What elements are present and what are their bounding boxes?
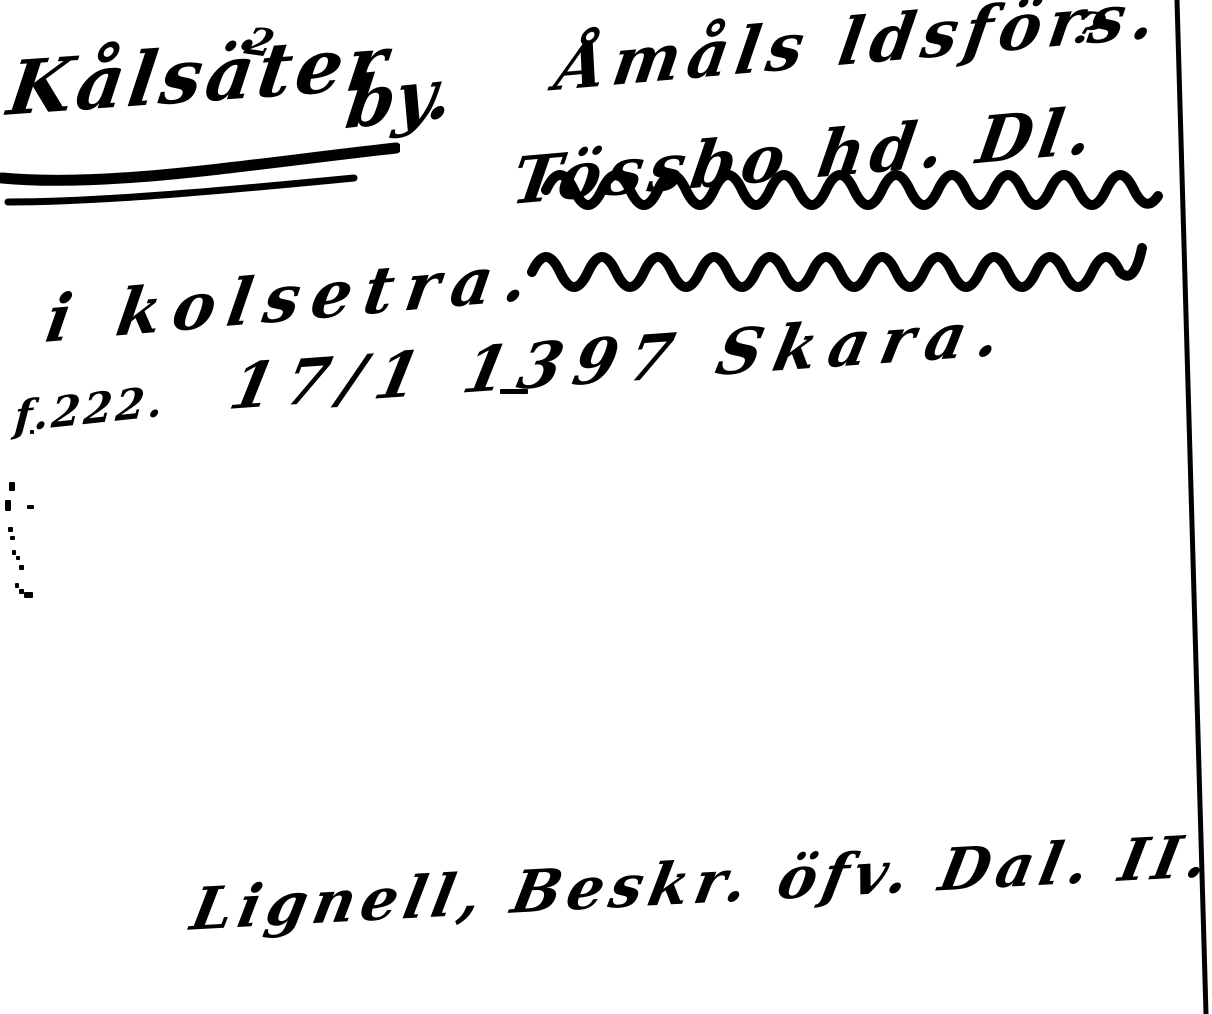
- folio-reference: f.222.: [13, 380, 167, 438]
- source-citation: Lignell, Beskr. öfv. Dal. II.: [187, 827, 1212, 939]
- scan-speckle: [27, 505, 34, 509]
- scan-speckle: [10, 536, 15, 540]
- scan-speckle: [15, 583, 19, 588]
- headword-double-underline: [0, 138, 400, 210]
- scan-speckle: [24, 592, 33, 598]
- settlement-type-label: by.: [342, 57, 457, 140]
- scan-speckle: [19, 565, 24, 570]
- scan-speckle: [5, 500, 11, 511]
- headword: Kålsäter: [3, 25, 395, 127]
- scan-speckle: [500, 389, 528, 394]
- scan-speckle: [9, 482, 15, 491]
- scan-speckle: [12, 550, 16, 555]
- district-line: Tössbo hd. Dl.: [508, 99, 1103, 215]
- scan-speckle: [8, 527, 13, 532]
- scan-speckle: [16, 556, 20, 560]
- scanned-index-card: 2 Kålsäter by. Åmåls ldsförs. ? Tössbo h…: [0, 0, 1212, 1014]
- wavy-underline-district: [526, 226, 1194, 304]
- scan-speckle: [30, 430, 34, 434]
